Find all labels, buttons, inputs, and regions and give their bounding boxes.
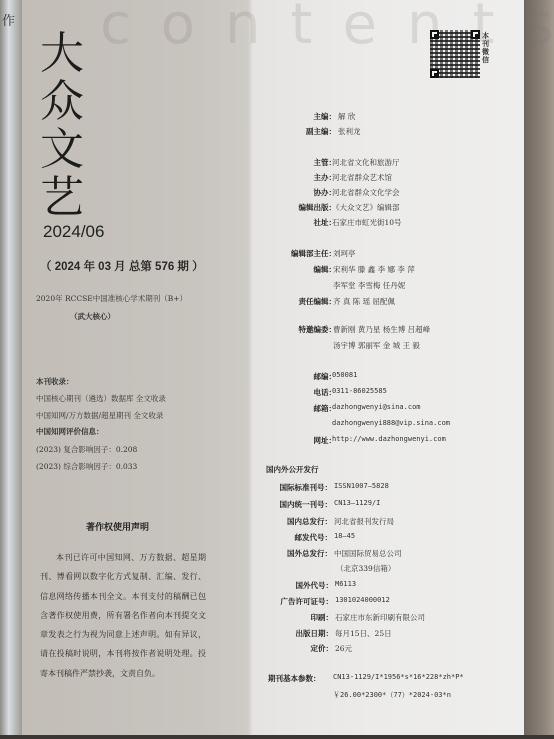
- postcode: 050081: [332, 371, 357, 379]
- params-line: ￥26.00*2300*（77）*2024-03*n: [333, 690, 451, 700]
- dist-value: 26元: [335, 643, 352, 654]
- params-line: CN13-1129/I*1956*s*16*228*zh*P*: [333, 673, 464, 681]
- distribution-heading: 国内外公开发行: [266, 464, 319, 475]
- masthead-value: 《大众文艺》编辑部: [332, 202, 400, 213]
- eval-heading: 中国知网评价信息：: [36, 426, 104, 437]
- adjacent-page-spine: 作: [0, 0, 22, 739]
- bottom-edge: [0, 735, 554, 739]
- masthead-value: 河北省群众文化学会: [332, 187, 400, 198]
- dist-value: 18—45: [334, 532, 355, 540]
- magazine-title: 大 众 文 艺: [40, 30, 90, 222]
- indexing-item: 中国知网/万方数据/超星期刊 全文收录: [36, 410, 163, 421]
- dist-label: 国外总发行：: [287, 548, 332, 559]
- dist-label: 邮发代号：: [295, 532, 333, 543]
- qr-code-icon[interactable]: [430, 30, 480, 78]
- dist-value: 1301024000012: [335, 596, 390, 604]
- indexing-item: 中国核心期刊（遴选）数据库 全文收录: [36, 393, 166, 404]
- masthead-value: 河北省文化和旅游厅: [332, 157, 400, 168]
- masthead-label: 编辑出版：: [299, 202, 337, 213]
- phone: 0311-86025585: [332, 387, 387, 395]
- masthead-label: 副主编：: [306, 126, 336, 137]
- qr-label: 本刊微信: [482, 32, 490, 64]
- dist-label: 出版日期：: [296, 628, 334, 639]
- eval-item: (2023) 综合影响因子：0.033: [36, 461, 137, 472]
- dist-value: ISSN1007—5828: [334, 482, 389, 490]
- qr-finder-icon: [471, 30, 480, 39]
- dist-label: 国际标准刊号：: [280, 482, 333, 493]
- dist-label: 国内统一刊号：: [280, 499, 333, 510]
- indexing-heading: 本刊收录：: [36, 376, 74, 387]
- masthead-label: 主编：: [314, 111, 337, 122]
- copyright-title: 著作权使用声明: [86, 520, 149, 533]
- masthead-value: 曹新刚 黄乃星 杨生博 吕超峰: [333, 324, 430, 335]
- masthead-label: 特邀编委：: [299, 324, 337, 335]
- dist-value: M6113: [335, 580, 356, 588]
- dist-label: 广告许可证号：: [281, 596, 334, 607]
- whu-core: （武大核心）: [70, 311, 115, 322]
- dist-label: 国外代号：: [296, 580, 334, 591]
- masthead-value: 解 欣: [338, 111, 355, 122]
- dist-value: 中国国际贸易总公司: [334, 548, 402, 559]
- title-char: 众: [40, 78, 90, 126]
- email-link[interactable]: dazhongwenyi@sina.com: [332, 403, 421, 411]
- issue-date-total: （ 2024 年 03 月 总第 576 期 ）: [40, 258, 204, 274]
- website-link[interactable]: http://www.dazhongwenyi.com: [332, 435, 446, 443]
- dist-label: 国内总发行：: [287, 516, 332, 527]
- qr-finder-icon: [430, 30, 439, 39]
- dist-value: 河北省报刊发行局: [334, 516, 394, 527]
- copyright-body: 本刊已许可中国知网、万方数据、超星期刊、博看网以数字化方式复制、汇编、发行、信息…: [40, 548, 206, 683]
- masthead-value: 张利龙: [338, 126, 361, 137]
- qr-finder-icon: [430, 69, 439, 78]
- title-char: 文: [40, 126, 90, 174]
- issue-number: 2024/06: [43, 222, 104, 242]
- masthead-value: 李军堂 李雪梅 任丹妮: [333, 280, 405, 291]
- eval-item: (2023) 复合影响因子：0.208: [36, 444, 137, 455]
- dist-value: （北京339信箱）: [336, 563, 395, 574]
- email-link[interactable]: dazhongwenyi888@vip.sina.com: [332, 419, 450, 427]
- dist-value: CN13—1129/I: [334, 499, 380, 507]
- masthead-value: 汤宇博 郭丽军 金 城 王 毅: [333, 340, 420, 351]
- title-char: 大: [40, 30, 90, 78]
- masthead-value: 河北省群众艺术馆: [332, 172, 392, 183]
- masthead-value: 齐 真 陈 瑶 屈配佩: [333, 296, 395, 307]
- masthead-value: 石家庄市虹光街10号: [332, 217, 402, 228]
- rccse-line: 2020年 RCCSE中国准核心学术期刊（B+）: [36, 293, 187, 304]
- masthead-value: 宋利华 滕 鑫 李 娜 李 萍: [333, 264, 415, 275]
- dist-value: 石家庄市东新印刷有限公司: [335, 612, 425, 623]
- dist-label: 定价：: [311, 643, 334, 654]
- masthead-label: 编辑部主任：: [291, 248, 336, 259]
- dist-value: 每月15日、25日: [335, 628, 392, 639]
- spine-char: 作: [2, 10, 15, 29]
- title-char: 艺: [40, 174, 90, 222]
- masthead-value: 刘珂亭: [333, 248, 356, 259]
- masthead-label: 责任编辑：: [299, 296, 337, 307]
- dist-label: 印刷：: [311, 612, 334, 623]
- page-edge-right: [524, 0, 554, 739]
- params-label: 期刊基本参数：: [268, 673, 321, 684]
